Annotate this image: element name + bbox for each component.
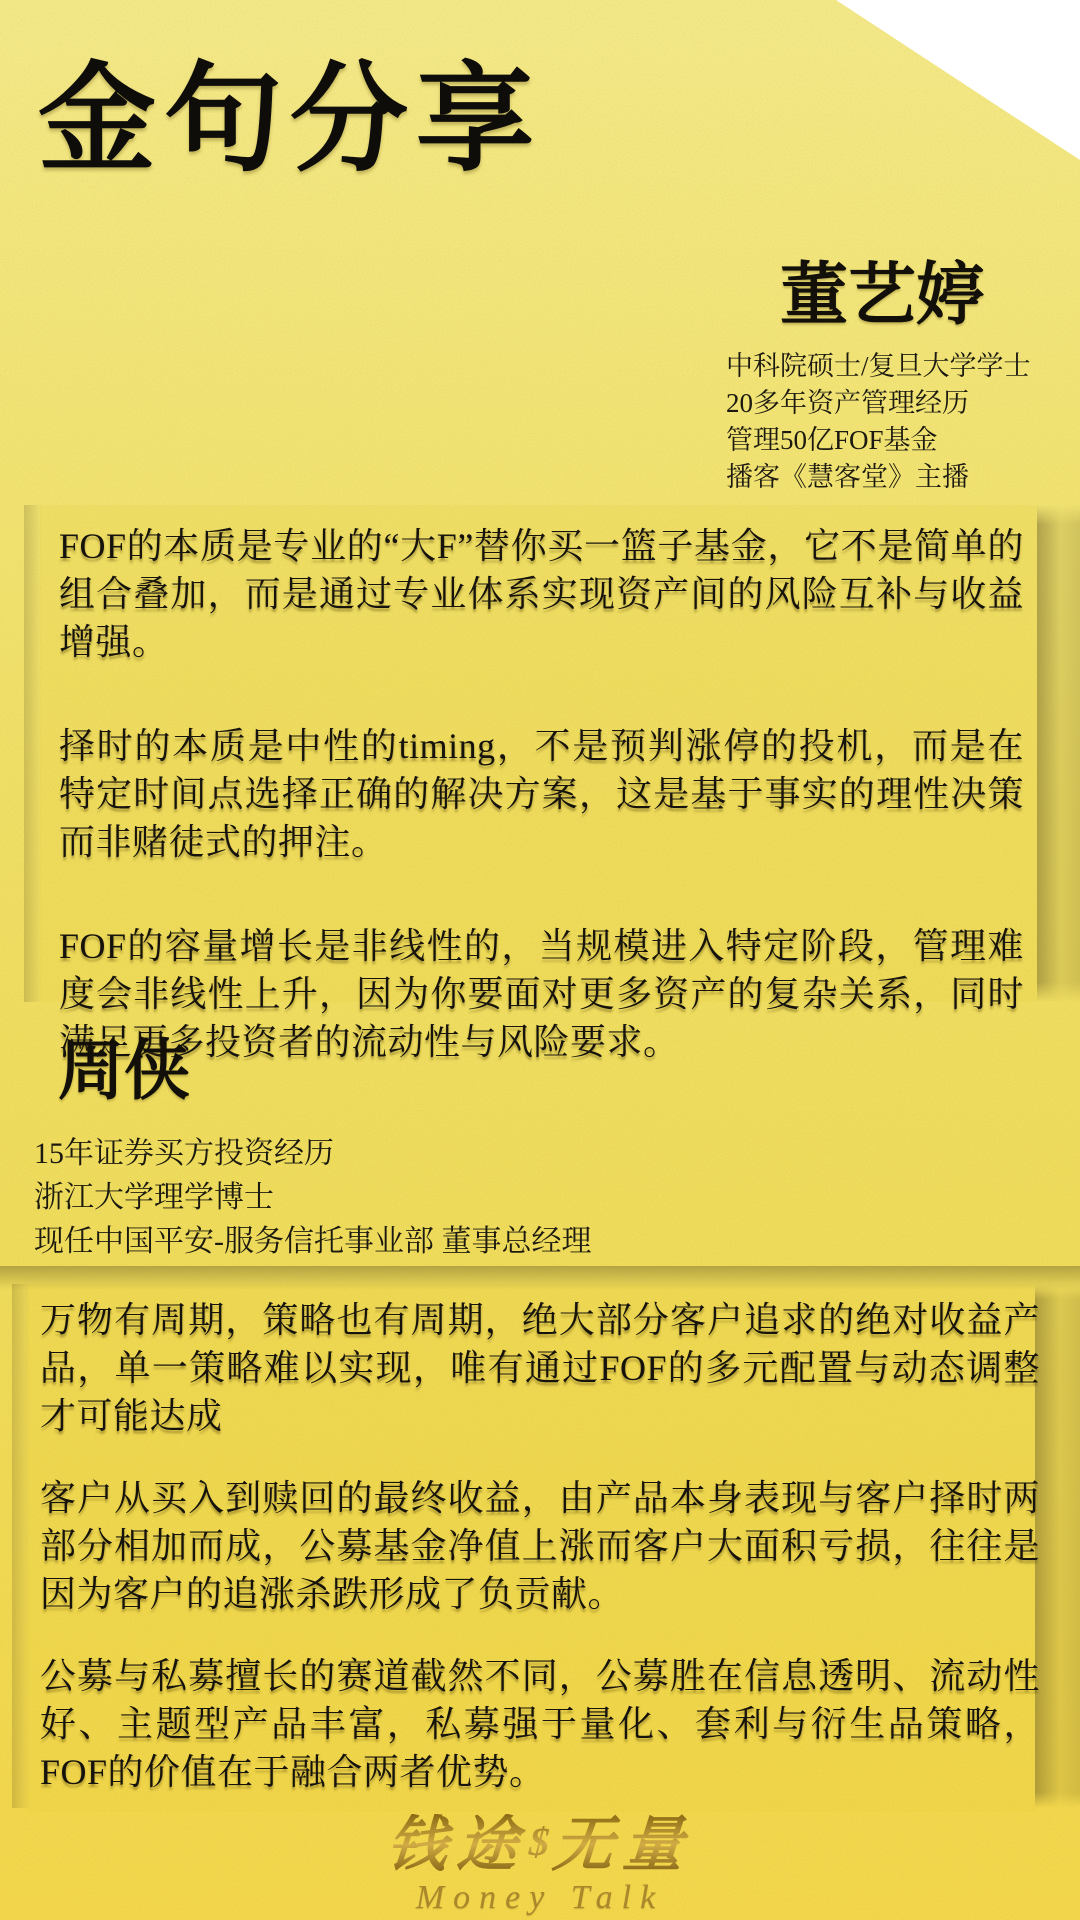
speaker-1-block: 董艺婷 中科院硕士/复旦大学学士 20多年资产管理经历 管理50亿FOF基金 播… — [726, 256, 1038, 496]
credential-line: 20多年资产管理经历 — [726, 385, 1038, 422]
brand-logo: 钱途$无量 Money Talk — [0, 1814, 1080, 1917]
credential-line: 15年证券买方投资经历 — [34, 1132, 734, 1176]
brand-logo-en: Money Talk — [0, 1879, 1080, 1917]
quote-paragraph: FOF的本质是专业的“大F”替你买一篮子基金，它不是简单的组合叠加，而是通过专业… — [59, 522, 1024, 666]
card2-right-shadow — [1035, 1284, 1080, 1808]
card1-right-shadow — [1037, 505, 1080, 1002]
credential-line: 播客《慧客堂》主播 — [726, 459, 1038, 496]
speaker-1-credentials: 中科院硕士/复旦大学学士 20多年资产管理经历 管理50亿FOF基金 播客《慧客… — [726, 348, 1038, 496]
corner-cut — [836, 0, 1080, 160]
credential-line: 管理50亿FOF基金 — [726, 422, 1038, 459]
brand-logo-cn-right: 无量 — [551, 1812, 696, 1878]
speaker-2-block: 周侠 15年证券买方投资经历 浙江大学理学博士 现任中国平安-服务信托事业部 董… — [34, 1034, 734, 1264]
brand-logo-cn-left: 钱途 — [385, 1812, 530, 1878]
credential-line: 中科院硕士/复旦大学学士 — [726, 348, 1038, 385]
speaker-1-name: 董艺婷 — [726, 256, 1038, 334]
quote-paragraph: 公募与私募擅长的赛道截然不同，公募胜在信息透明、流动性好、主题型产品丰富，私募强… — [40, 1652, 1040, 1796]
quote-paragraph: 择时的本质是中性的timing，不是预判涨停的投机，而是在特定时间点选择正确的解… — [59, 722, 1024, 866]
speaker-2-credentials: 15年证券买方投资经历 浙江大学理学博士 现任中国平安-服务信托事业部 董事总经… — [34, 1132, 734, 1264]
speaker-1-quotes: FOF的本质是专业的“大F”替你买一篮子基金，它不是简单的组合叠加，而是通过专业… — [59, 522, 1024, 1066]
dollar-icon: $ — [526, 1819, 555, 1864]
credential-line: 浙江大学理学博士 — [34, 1176, 734, 1220]
page-title: 金句分享 — [38, 50, 542, 192]
poster-canvas: 金句分享 董艺婷 中科院硕士/复旦大学学士 20多年资产管理经历 管理50亿FO… — [0, 0, 1080, 1920]
speaker-2-name: 周侠 — [34, 1034, 734, 1110]
speaker-2-quotes: 万物有周期，策略也有周期，绝大部分客户追求的绝对收益产品，单一策略难以实现，唯有… — [40, 1296, 1040, 1796]
quote-paragraph: 客户从买入到赎回的最终收益，由产品本身表现与客户择时两部分相加而成，公募基金净值… — [40, 1474, 1040, 1618]
brand-logo-cn: 钱途$无量 — [385, 1814, 695, 1877]
credential-line: 现任中国平安-服务信托事业部 董事总经理 — [34, 1220, 734, 1264]
quote-paragraph: 万物有周期，策略也有周期，绝大部分客户追求的绝对收益产品，单一策略难以实现，唯有… — [40, 1296, 1040, 1440]
